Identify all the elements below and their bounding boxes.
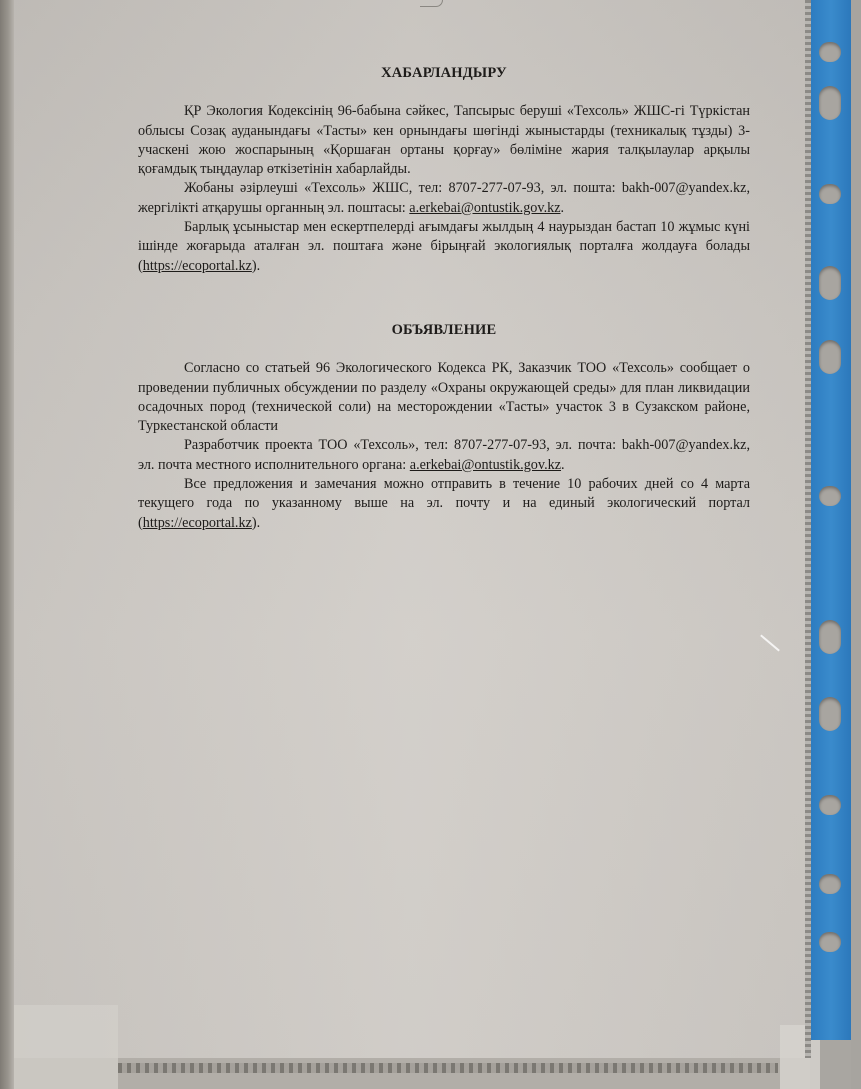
binder-hole [819, 697, 841, 731]
punctuation: . [561, 457, 565, 473]
russian-paragraph-2: Разработчик проекта ТОО «Техсоль», тел: … [138, 436, 750, 475]
background-surface-edge [0, 0, 14, 1089]
russian-heading: ОБЪЯВЛЕНИЕ [138, 321, 750, 340]
russian-paragraph-3: Все предложения и замечания можно отправ… [138, 475, 750, 533]
binder-hole [819, 795, 841, 815]
punctuation: ). [252, 515, 260, 531]
binder-hole [819, 86, 841, 120]
binder-hole [819, 620, 841, 654]
sheet-protector-fold [420, 0, 443, 7]
binder-hole [819, 874, 841, 894]
binder-hole [819, 266, 841, 300]
kazakh-paragraph-1: ҚР Экология Кодексінің 96-бабына сәйкес,… [138, 102, 750, 179]
punctuation: ). [252, 258, 260, 274]
russian-paragraph-1: Согласно со статьей 96 Экологического Ко… [138, 359, 750, 436]
binder-hole [819, 932, 841, 952]
kazakh-heading: ХАБАРЛАНДЫРУ [138, 64, 750, 83]
tape-left [14, 1005, 118, 1089]
binder-hole [819, 486, 841, 506]
binder-hole [819, 340, 841, 374]
email-link[interactable]: a.erkebai@ontustik.gov.kz [410, 457, 561, 473]
ecoportal-link[interactable]: https://ecoportal.kz [143, 258, 252, 274]
kazakh-paragraph-3: Барлық ұсыныстар мен ескертпелерді ағымд… [138, 218, 750, 276]
email-link[interactable]: a.erkebai@ontustik.gov.kz [409, 200, 560, 216]
ecoportal-link[interactable]: https://ecoportal.kz [143, 515, 252, 531]
kazakh-paragraph-2: Жобаны әзірлеуші «Техсоль» ЖШС, тел: 870… [138, 179, 750, 218]
binder-hole [819, 42, 841, 62]
sheet-protector-seam [118, 1063, 778, 1073]
binder-hole [819, 184, 841, 204]
punctuation: . [561, 200, 565, 216]
announcement-document: ХАБАРЛАНДЫРУ ҚР Экология Кодексінің 96-б… [138, 64, 750, 533]
background-surface-right [851, 0, 861, 1089]
